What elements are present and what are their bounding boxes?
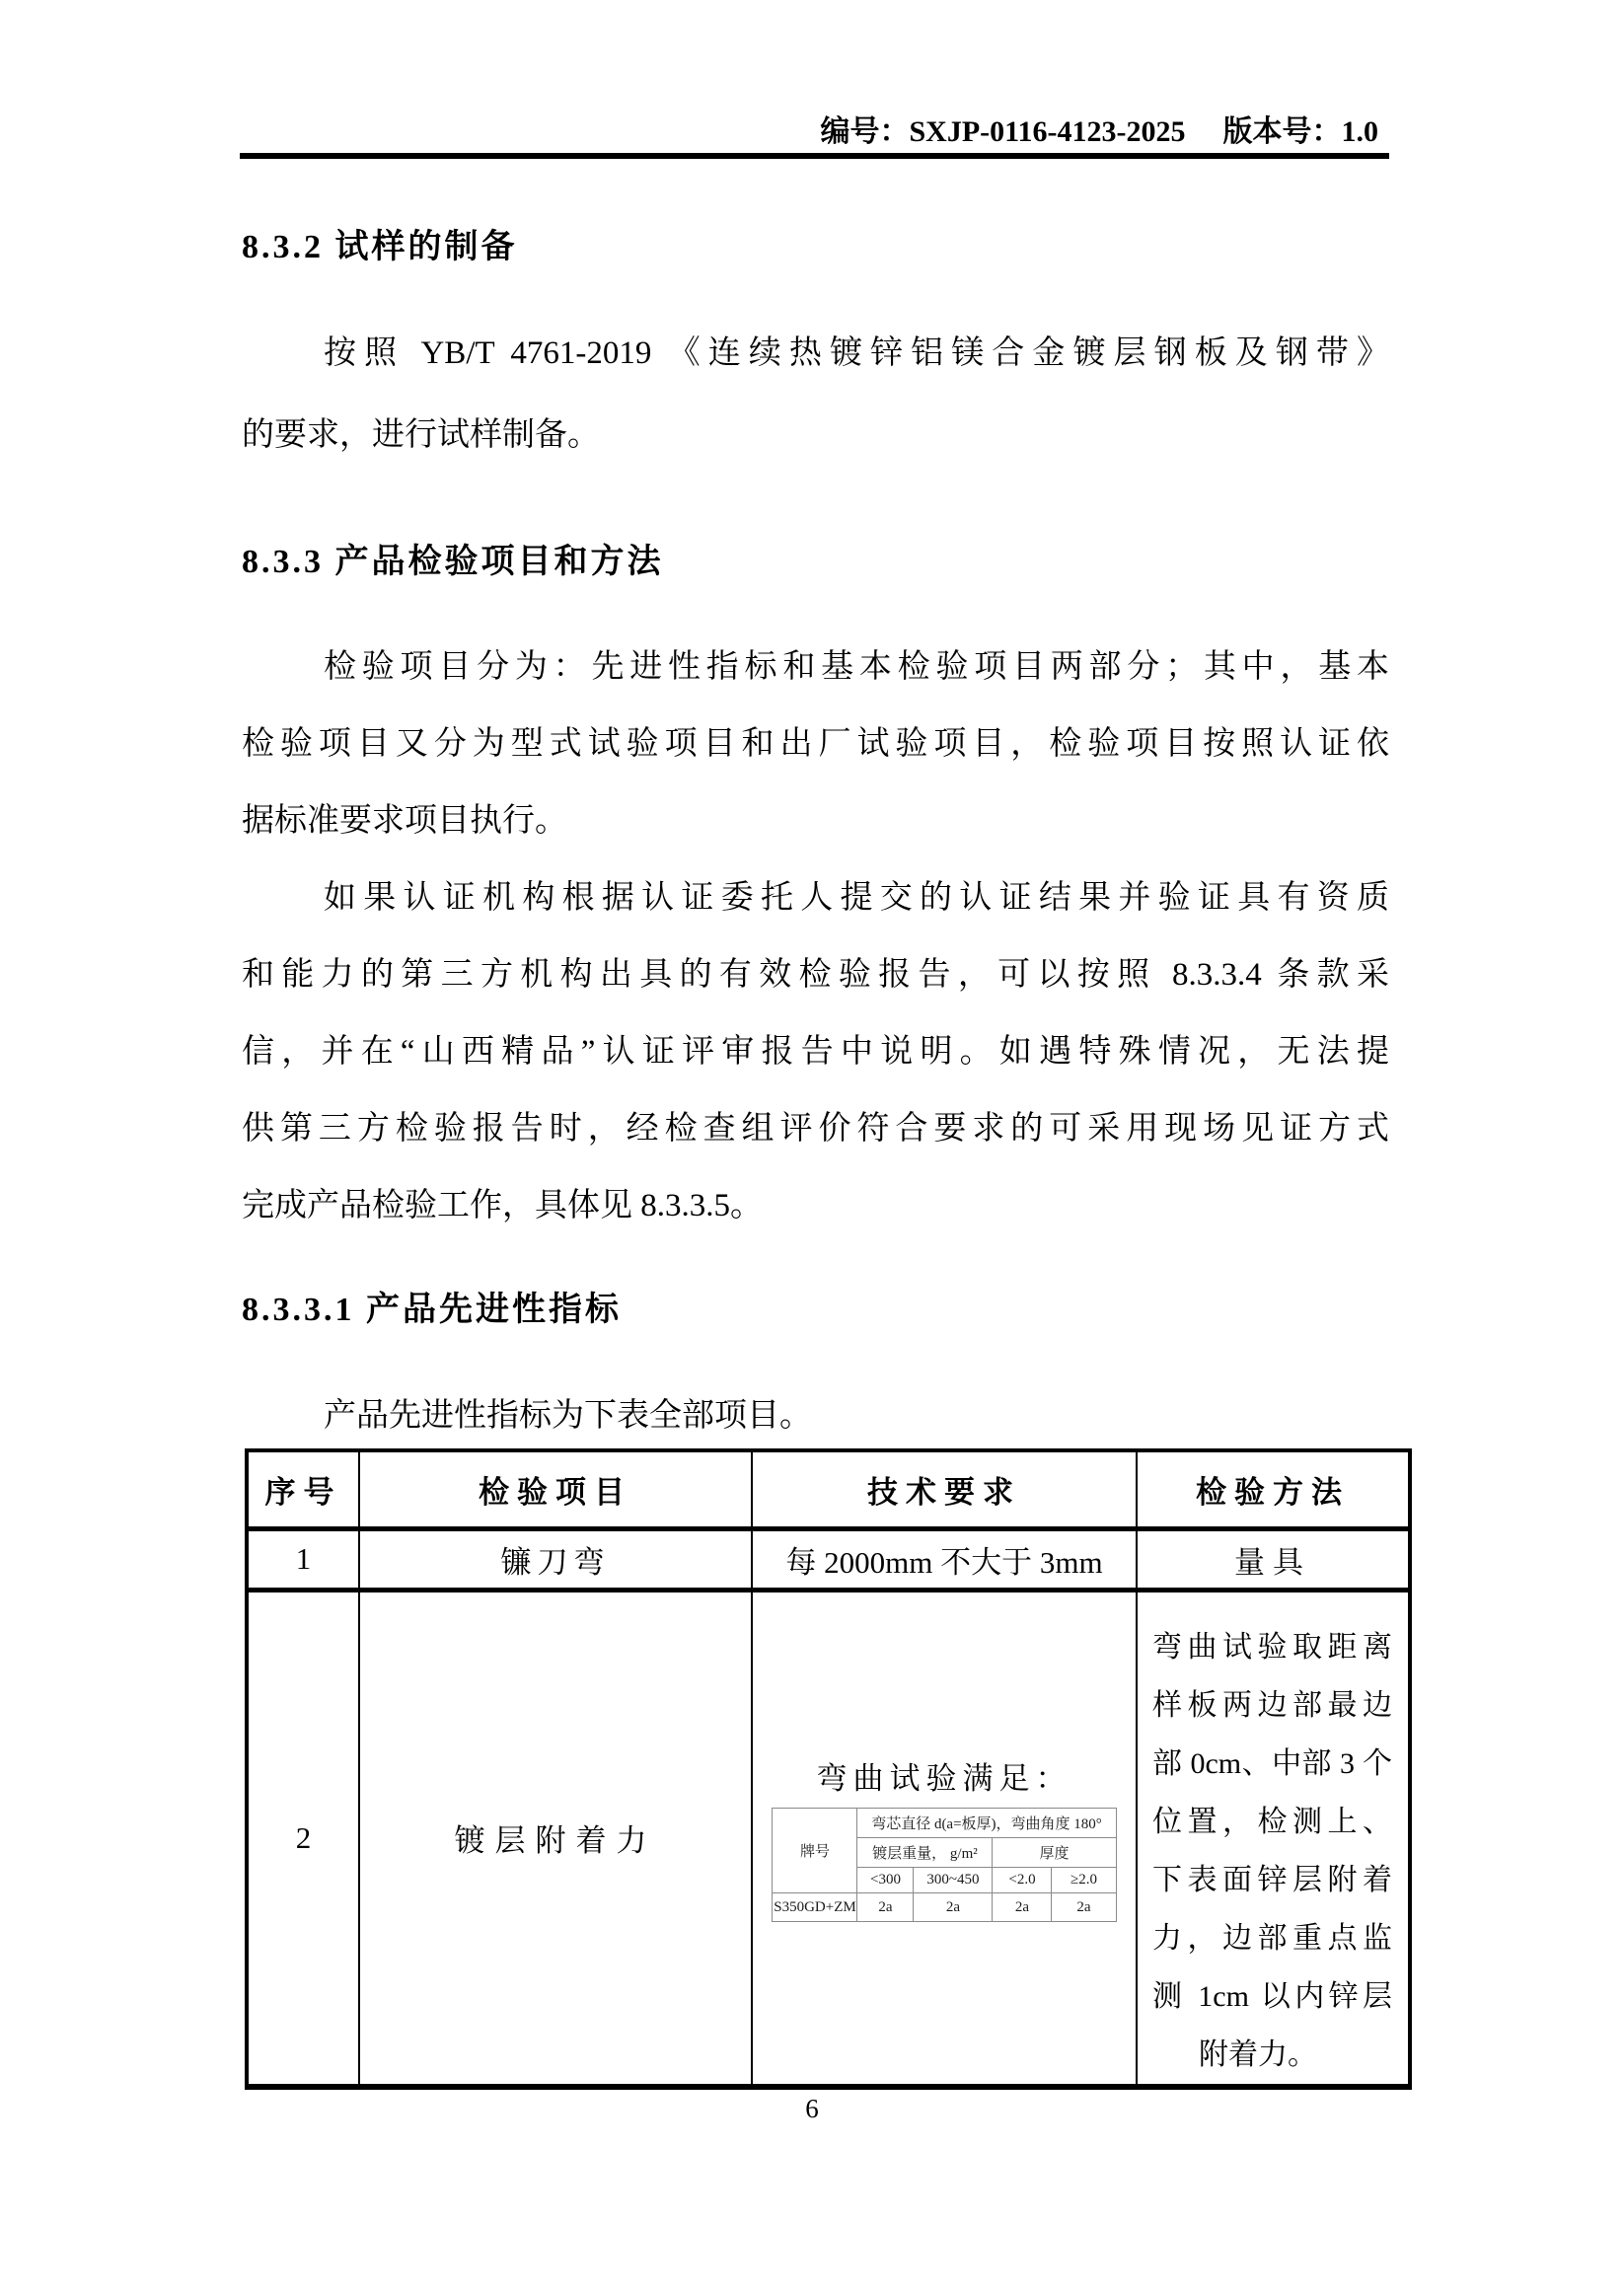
table-row: 1 镰刀弯 每 2000mm 不大于 3mm 量具 (247, 1528, 1410, 1590)
method-line: 测 1cm 以内锌层 (1152, 1967, 1392, 2026)
page-number: 6 (0, 2094, 1624, 2123)
inner-sub-header: <2.0 (993, 1868, 1052, 1893)
indicator-table: 序号 检验项目 技术要求 检验方法 1 镰刀弯 每 2000mm 不大于 3mm… (245, 1448, 1412, 2090)
table-header-row: 序号 检验项目 技术要求 检验方法 (247, 1450, 1410, 1528)
inner-group-header: 镀层重量， g/m² (857, 1838, 993, 1868)
inner-data-cell: 2a (993, 1893, 1052, 1922)
heading-8-3-2: 8.3.2 试样的制备 (242, 228, 518, 267)
version-value: 1.0 (1342, 115, 1379, 148)
method-line: 位置，检测上、 (1152, 1793, 1392, 1851)
paragraph-line: 产品先进性指标为下表全部项目。 (242, 1395, 1389, 1437)
paragraph-line: 完成产品检验工作，具体见 8.3.3.5。 (242, 1185, 1389, 1226)
paragraph-line: 检验项目分为：先进性指标和基本检验项目两部分；其中，基本 (242, 646, 1389, 688)
col-header-no: 序号 (247, 1450, 359, 1528)
cell-method: 弯曲试验取距离 样板两边部最边 部 0cm、中部 3 个 位置，检测上、 下表面… (1137, 1590, 1410, 2087)
inner-sub-header: 300~450 (914, 1868, 993, 1893)
inner-data-cell: S350GD+ZM (773, 1893, 857, 1922)
inner-data-cell: 2a (1052, 1893, 1116, 1922)
paragraph-line: 供第三方检验报告时，经检查组评价符合要求的可采用现场见证方式 (242, 1108, 1389, 1149)
heading-8-3-3: 8.3.3 产品检验项目和方法 (242, 543, 664, 582)
paragraph-line: 按照 YB/T 4761-2019 《连续热镀锌铝镁合金镀层钢板及钢带》 (242, 333, 1389, 374)
heading-8-3-3-1: 8.3.3.1 产品先进性指标 (242, 1291, 622, 1330)
paragraph-line: 据标准要求项目执行。 (242, 800, 1389, 842)
inner-top-header: 弯芯直径 d(a=板厚)，弯曲角度 180° (857, 1809, 1116, 1838)
col-header-method: 检验方法 (1137, 1450, 1410, 1528)
bend-test-table: 牌号 弯芯直径 d(a=板厚)，弯曲角度 180° 镀层重量， g/m² 厚度 … (772, 1808, 1116, 1922)
inner-sub-header: ≥2.0 (1052, 1868, 1116, 1893)
method-line: 样板两边部最边 (1152, 1676, 1392, 1735)
method-line: 弯曲试验取距离 (1152, 1618, 1392, 1676)
method-line: 下表面锌层附着 (1152, 1851, 1392, 1909)
paragraph-line: 的要求，进行试样制备。 (242, 414, 1389, 456)
table-row: 2 镀层附着力 弯曲试验满足： 牌号 弯芯直径 d(a=板厚)，弯曲角度 180… (247, 1590, 1410, 2087)
method-line: 力，边部重点监 (1152, 1909, 1392, 1967)
inner-data-cell: 2a (857, 1893, 914, 1922)
inner-sub-header: <300 (857, 1868, 914, 1893)
method-line: 附着力。 (1152, 2026, 1392, 2084)
cell-no: 2 (247, 1590, 359, 2087)
header-rule (240, 153, 1389, 159)
document-code-line: 编号：SXJP-0116-4123-2025版本号：1.0 (242, 116, 1378, 148)
cell-no: 1 (247, 1528, 359, 1590)
paragraph-line: 检验项目又分为型式试验项目和出厂试验项目，检验项目按照认证依 (242, 723, 1389, 765)
paragraph-line: 和能力的第三方机构出具的有效检验报告，可以按照 8.3.3.4 条款采 (242, 954, 1389, 996)
code-value: SXJP-0116-4123-2025 (910, 115, 1186, 148)
version-label: 版本号： (1223, 115, 1342, 148)
col-header-requirement: 技术要求 (752, 1450, 1137, 1528)
col-header-item: 检验项目 (359, 1450, 752, 1528)
cell-item: 镀层附着力 (359, 1590, 752, 2087)
document-page: 编号：SXJP-0116-4123-2025版本号：1.0 8.3.2 试样的制… (0, 0, 1624, 2296)
method-text: 弯曲试验取距离 样板两边部最边 部 0cm、中部 3 个 位置，检测上、 下表面… (1138, 1592, 1408, 2084)
bend-test-label: 弯曲试验满足： (753, 1753, 1136, 1798)
cell-item: 镰刀弯 (359, 1528, 752, 1590)
paragraph-line: 如果认证机构根据认证委托人提交的认证结果并验证具有资质 (242, 877, 1389, 919)
paragraph-line: 信，并在“山西精品”认证评审报告中说明。如遇特殊情况，无法提 (242, 1031, 1389, 1073)
inner-data-cell: 2a (914, 1893, 993, 1922)
inner-corner-cell: 牌号 (773, 1809, 857, 1893)
method-line: 部 0cm、中部 3 个 (1152, 1735, 1392, 1793)
inner-group-header: 厚度 (993, 1838, 1116, 1868)
cell-method: 量具 (1137, 1528, 1410, 1590)
cell-requirement: 弯曲试验满足： 牌号 弯芯直径 d(a=板厚)，弯曲角度 180° 镀层重量， … (752, 1590, 1137, 2087)
code-label: 编号： (821, 115, 910, 148)
cell-requirement: 每 2000mm 不大于 3mm (752, 1528, 1137, 1590)
